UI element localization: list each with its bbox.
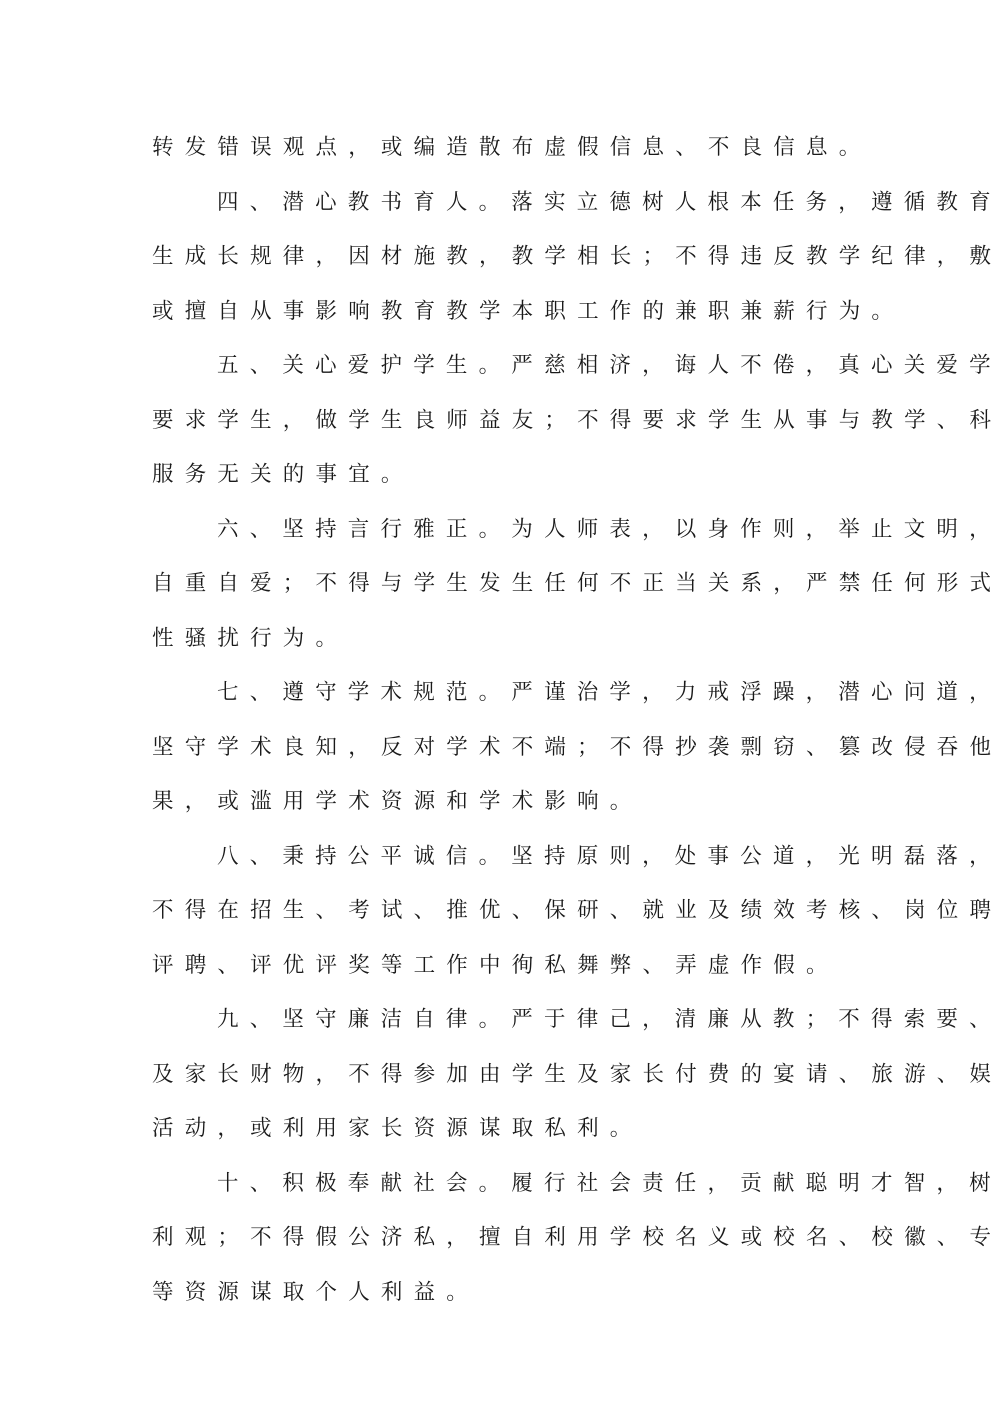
text-line: 不得在招生、考试、推优、保研、就业及绩效考核、岗位聘用、职称 (152, 891, 842, 946)
text-line: 或擅自从事影响教育教学本职工作的兼职兼薪行为。 (152, 292, 842, 347)
text-line: 及家长财物，不得参加由学生及家长付费的宴请、旅游、娱乐休闲等 (152, 1055, 842, 1110)
text-line: 要求学生，做学生良师益友；不得要求学生从事与教学、科研、社会 (152, 401, 842, 456)
paragraph-7-start: 七、遵守学术规范。严谨治学，力戒浮躁，潜心问道，勇于探索， (152, 673, 842, 728)
text-line: 自重自爱；不得与学生发生任何不正当关系，严禁任何形式的猥亵、 (152, 564, 842, 619)
paragraph-8-start: 八、秉持公平诚信。坚持原则，处事公道，光明磊落，为人正直； (152, 837, 842, 892)
text-line: 评聘、评优评奖等工作中徇私舞弊、弄虚作假。 (152, 946, 842, 1001)
paragraph-4-start: 四、潜心教书育人。落实立德树人根本任务，遵循教育规律和学 (152, 183, 842, 238)
paragraph-9-start: 九、坚守廉洁自律。严于律己，清廉从教；不得索要、收受学生 (152, 1000, 842, 1055)
text-line: 服务无关的事宜。 (152, 455, 842, 510)
text-line: 等资源谋取个人利益。 (152, 1273, 842, 1328)
document-page: 转发错误观点，或编造散布虚假信息、不良信息。 四、潜心教书育人。落实立德树人根本… (152, 128, 842, 1327)
text-line-continuation: 转发错误观点，或编造散布虚假信息、不良信息。 (152, 128, 842, 183)
text-line: 坚守学术良知，反对学术不端；不得抄袭剽窃、篡改侵吞他人学术成 (152, 728, 842, 783)
text-line: 果，或滥用学术资源和学术影响。 (152, 782, 842, 837)
text-line: 利观；不得假公济私，擅自利用学校名义或校名、校徽、专利、场所 (152, 1218, 842, 1273)
paragraph-10-start: 十、积极奉献社会。履行社会责任，贡献聪明才智，树立正确义 (152, 1164, 842, 1219)
text-line: 性骚扰行为。 (152, 619, 842, 674)
paragraph-5-start: 五、关心爱护学生。严慈相济，诲人不倦，真心关爱学生，严格 (152, 346, 842, 401)
text-line: 活动，或利用家长资源谋取私利。 (152, 1109, 842, 1164)
paragraph-6-start: 六、坚持言行雅正。为人师表，以身作则，举止文明，作风正派， (152, 510, 842, 565)
text-line: 生成长规律，因材施教，教学相长；不得违反教学纪律，敷衍教学， (152, 237, 842, 292)
